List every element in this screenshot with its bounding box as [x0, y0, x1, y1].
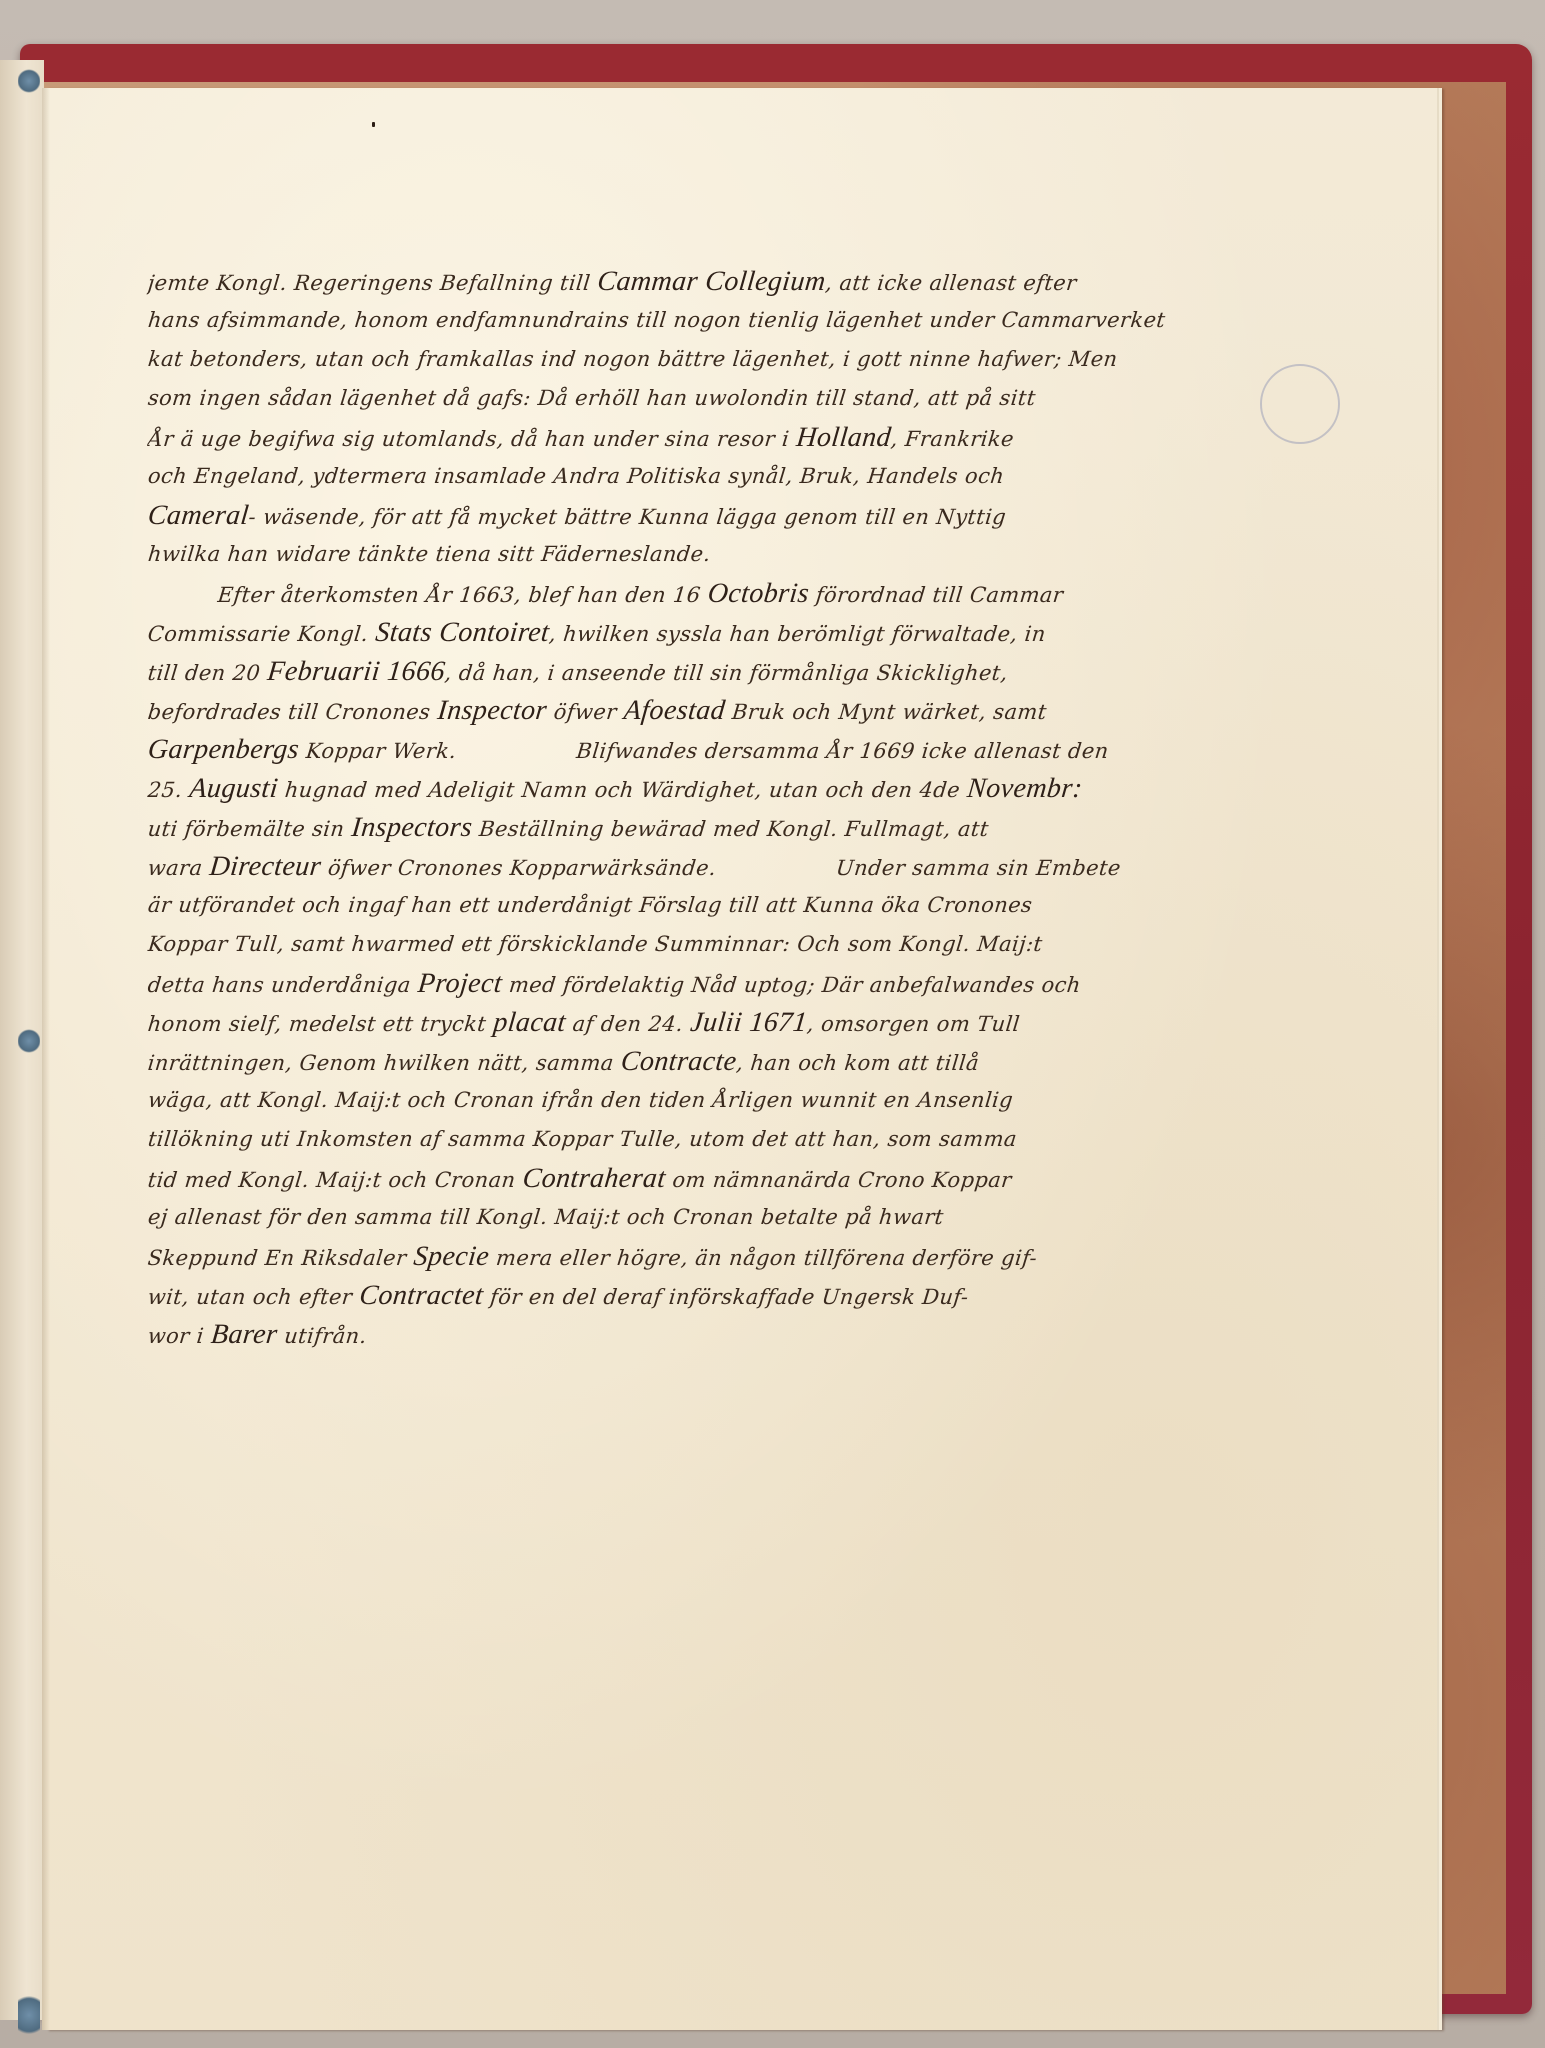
- emphasized-word: Barer: [209, 1319, 279, 1350]
- manuscript-line: tid med Kongl. Maij:t och Cronan Contrah…: [146, 1159, 1290, 1198]
- emphasized-word: Inspectors: [350, 812, 474, 843]
- spine-thread-icon: [18, 1990, 40, 2040]
- text-segment: , omsorgen om Tull: [806, 1012, 1021, 1036]
- text-segment: förordnad till Cammar: [808, 583, 1065, 607]
- manuscript-line: uti förbemälte sin Inspectors Beställnin…: [146, 808, 1290, 847]
- text-segment: och Engeland, ydtermera insamlade Andra …: [147, 464, 1006, 488]
- manuscript-line: Commissarie Kongl. Stats Contoiret, hwil…: [146, 613, 1290, 652]
- emphasized-word: Cameral: [146, 500, 250, 531]
- text-segment: Skeppund En Riksdaler: [147, 1246, 415, 1270]
- manuscript-line: ej allenast för den samma till Kongl. Ma…: [146, 1198, 1290, 1237]
- manuscript-line: År ä uge begifwa sig utomlands, då han u…: [146, 418, 1290, 457]
- text-segment: , att icke allenast efter: [824, 271, 1078, 295]
- text-segment: utifrån.: [276, 1324, 368, 1348]
- manuscript-line: jemte Kongl. Regeringens Befallning till…: [146, 262, 1290, 301]
- text-segment: jemte Kongl. Regeringens Befallning till: [147, 271, 599, 295]
- manuscript-line: till den 20 Februarii 1666, då han, i an…: [146, 652, 1290, 691]
- manuscript-line: wit, utan och efter Contractet för en de…: [146, 1276, 1290, 1315]
- emphasized-word: Novembr:: [966, 773, 1084, 804]
- spine-thread-icon: [18, 68, 40, 94]
- text-segment: med fördelaktig Nåd uptog; Där anbefalwa…: [501, 973, 1082, 997]
- manuscript-line: kat betonders, utan och framkallas ind n…: [146, 340, 1290, 379]
- text-segment: tillökning uti Inkomsten af samma Koppar…: [147, 1127, 1018, 1151]
- text-segment: wor i: [147, 1324, 213, 1348]
- text-segment: kat betonders, utan och framkallas ind n…: [147, 347, 1119, 371]
- manuscript-line: är utförandet och ingaf han ett underdån…: [146, 886, 1290, 925]
- manuscript-line: honom sielf, medelst ett tryckt placat a…: [146, 1003, 1290, 1042]
- manuscript-line: som ingen sådan lägenhet då gafs: Då erh…: [146, 379, 1290, 418]
- emphasized-word: Contractet: [358, 1280, 485, 1311]
- text-segment: Bruk och Mynt wärket, samt: [724, 700, 1048, 724]
- manuscript-line: Efter återkomsten År 1663, blef han den …: [146, 574, 1290, 613]
- text-segment: Efter återkomsten År 1663, blef han den …: [217, 583, 709, 607]
- text-segment: af den 24.: [564, 1012, 691, 1036]
- text-segment: detta hans underdåniga: [147, 973, 419, 997]
- emphasized-word: Stats Contoiret: [374, 617, 551, 648]
- text-segment: inrättningen, Genom hwilken nätt, samma: [147, 1051, 623, 1075]
- ink-dot: [372, 122, 375, 127]
- manuscript-line: Skeppund En Riksdaler Specie mera eller …: [146, 1237, 1290, 1276]
- text-segment: uti förbemälte sin: [147, 817, 353, 841]
- manuscript-line: tillökning uti Inkomsten af samma Koppar…: [146, 1120, 1290, 1159]
- emphasized-word: Februarii 1666: [266, 656, 447, 687]
- text-segment: öfwer: [546, 700, 626, 724]
- text-segment: wäga, att Kongl. Maij:t och Cronan ifrån…: [147, 1088, 1015, 1112]
- emphasized-word: Cammar Collegium: [596, 266, 827, 297]
- text-segment: är utförandet och ingaf han ett underdån…: [147, 893, 1034, 917]
- emphasized-word: Project: [416, 968, 503, 999]
- text-segment: wara: [147, 856, 211, 880]
- manuscript-line: detta hans underdåniga Project med förde…: [146, 964, 1290, 1003]
- manuscript-text: jemte Kongl. Regeringens Befallning till…: [148, 262, 1288, 1354]
- emphasized-word: Inspector: [436, 695, 549, 726]
- emphasized-word: Specie: [412, 1241, 491, 1272]
- manuscript-line: hwilka han widare tänkte tiena sitt Fäde…: [146, 535, 1290, 574]
- text-segment: hugnad med Adeligit Namn och Wärdighet, …: [277, 778, 969, 802]
- emphasized-word: Holland: [795, 422, 893, 453]
- text-segment: för en del deraf införskaffade Ungersk D…: [482, 1285, 970, 1309]
- manuscript-line: Cameral- wäsende, för att få mycket bätt…: [146, 496, 1290, 535]
- text-segment: Blifwandes dersamma År 1669 icke allenas…: [575, 739, 1110, 763]
- emphasized-word: Contracte: [619, 1046, 738, 1077]
- text-segment: - wäsende, för att få mycket bättre Kunn…: [247, 505, 1007, 529]
- text-segment: Beställning bewärad med Kongl. Fullmagt,…: [471, 817, 990, 841]
- emphasized-word: Octobris: [706, 578, 810, 609]
- emphasized-word: Contraherat: [521, 1163, 667, 1194]
- text-segment: Under samma sin Embete: [835, 856, 1122, 880]
- text-segment: honom sielf, medelst ett tryckt: [147, 1012, 495, 1036]
- text-segment: till den 20: [147, 661, 269, 685]
- manuscript-line: hans afsimmande, honom endfamnundrains t…: [146, 301, 1290, 340]
- emphasized-word: Garpenbergs: [146, 734, 300, 765]
- text-segment: Koppar Werk.: [298, 739, 458, 763]
- page-fold: [42, 88, 50, 2030]
- text-segment: hwilka han widare tänkte tiena sitt Fäde…: [147, 542, 712, 566]
- emphasized-word: placat: [492, 1007, 568, 1038]
- text-segment: om nämnanärda Crono Koppar: [664, 1168, 1013, 1192]
- text-segment: öfwer Cronones Kopparwärksände.: [320, 856, 718, 880]
- text-segment: befordrades till Cronones: [147, 700, 439, 724]
- text-segment: wit, utan och efter: [147, 1285, 361, 1309]
- text-segment: mera eller högre, än någon tillförena de…: [488, 1246, 1039, 1270]
- manuscript-line: Garpenbergs Koppar Werk.Blifwandes dersa…: [146, 730, 1290, 769]
- text-segment: Commissarie Kongl.: [147, 622, 377, 646]
- text-segment: tid med Kongl. Maij:t och Cronan: [147, 1168, 524, 1192]
- manuscript-line: wara Directeur öfwer Cronones Kopparwärk…: [146, 847, 1290, 886]
- text-segment: hans afsimmande, honom endfamnundrains t…: [147, 308, 1167, 332]
- manuscript-line: och Engeland, ydtermera insamlade Andra …: [146, 457, 1290, 496]
- manuscript-line: 25. Augusti hugnad med Adeligit Namn och…: [146, 769, 1290, 808]
- text-segment: År ä uge begifwa sig utomlands, då han u…: [147, 427, 798, 451]
- manuscript-line: befordrades till Cronones Inspector öfwe…: [146, 691, 1290, 730]
- emphasized-word: Augusti: [188, 773, 280, 804]
- text-segment: 25.: [147, 778, 191, 802]
- manuscript-line: inrättningen, Genom hwilken nätt, samma …: [146, 1042, 1290, 1081]
- text-segment: Koppar Tull, samt hwarmed ett förskickla…: [147, 932, 1044, 956]
- spine-thread-icon: [18, 1028, 40, 1054]
- text-segment: , då han, i anseende till sin förmånliga…: [444, 661, 1009, 685]
- text-segment: , hwilken syssla han berömligt förwaltad…: [548, 622, 1047, 646]
- manuscript-line: Koppar Tull, samt hwarmed ett förskickla…: [146, 925, 1290, 964]
- emphasized-word: Afoestad: [622, 695, 726, 726]
- emphasized-word: Julii 1671: [689, 1007, 809, 1038]
- text-segment: ej allenast för den samma till Kongl. Ma…: [147, 1205, 945, 1229]
- manuscript-line: wäga, att Kongl. Maij:t och Cronan ifrån…: [146, 1081, 1290, 1120]
- text-segment: , Frankrike: [890, 427, 1016, 451]
- manuscript-line: wor i Barer utifrån.: [146, 1315, 1290, 1354]
- text-segment: som ingen sådan lägenhet då gafs: Då erh…: [147, 386, 1037, 410]
- text-segment: , han och kom att tillå: [735, 1051, 980, 1075]
- emphasized-word: Directeur: [208, 851, 323, 882]
